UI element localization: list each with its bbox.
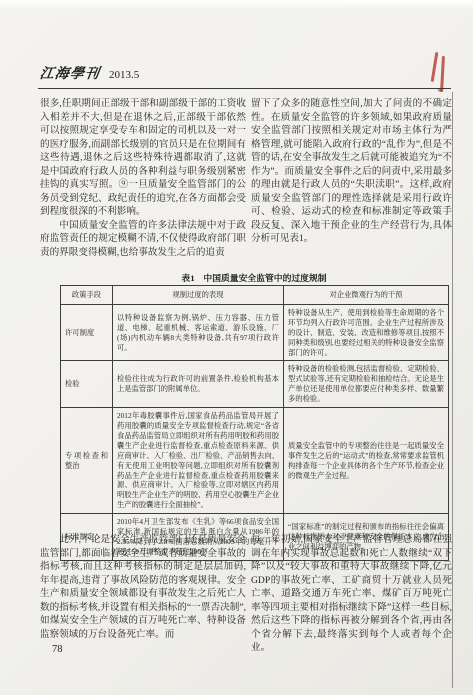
header-rule (38, 88, 451, 89)
intervention-cell: 特种设备的检验检测,包括监督检验、定期检验、型式试验等,还有定期检验和抽检结合。… (284, 361, 449, 408)
bottom-right-column: 每一年初始,国家安全生产监督管理总局都在强调在年内实现事故总起数和死亡人数继续“… (251, 533, 452, 655)
column-header: 规制过度的表现 (113, 286, 284, 305)
policy-cell: 检验 (61, 361, 113, 408)
scan-shadow (0, 0, 473, 10)
paragraph: 中国质量安全监管的许多法律法规中对于政府监管责任的规定模糊不清,不仅使得政府部门… (40, 219, 246, 260)
scanned-paper-page: 江海學刊 2013.5 很多,任职期间正部级干部和副部级干部的工资收入相差并不大… (0, 0, 473, 695)
manifestation-cell: 以特种设备监察为例,锅炉、压力容器、压力管道、电梯、起重机械、客运索道、游乐设施… (113, 304, 284, 361)
paragraph: 每一年初始,国家安全生产监督管理总局都在强调在年内实现事故总起数和死亡人数继续“… (251, 533, 452, 655)
journal-masthead: 江海學刊 2013.5 (40, 63, 139, 83)
table-row: 许可制度 以特种设备监察为例,锅炉、压力容器、压力管道、电梯、起重机械、客运索道… (61, 304, 449, 361)
top-right-column: 留下了众多的随意性空间,加大了问责的不确定性。在质量安全监管的许多领域,如果政府… (251, 97, 452, 246)
red-pen-mark (431, 52, 439, 82)
red-pen-mark (440, 56, 445, 92)
column-header: 政策手段 (61, 286, 113, 305)
manifestation-cell: 检验往往成为行政许可的前置条件,检验机构基本上是监管部门的附属单位。 (113, 361, 284, 408)
policy-cell: 专项检查和整治 (61, 408, 113, 514)
policy-cell: 许可制度 (61, 304, 113, 361)
paragraph: 很多,任职期间正部级干部和副部级干部的工资收入相差并不大,但是在退休之后,正部级… (40, 97, 246, 219)
intervention-cell: 质量安全监管中的专项整治往往是一起质量安全事件发生之后的“运动式”的检查,常常要… (284, 408, 449, 514)
table-row: 检验 检验往往成为行政许可的前置条件,检验机构基本上是监管部门的附属单位。 特种… (61, 361, 449, 408)
paragraph: 留下了众多的随意性空间,加大了问责的不确定性。在质量安全监管的许多领域,如果政府… (251, 97, 452, 246)
paragraph: 此外,不论是安全生产监管部门还是质量安全监管部门,都面临着安全生产或者质量安全事… (40, 533, 246, 641)
top-left-column: 很多,任职期间正部级干部和副部级干部的工资收入相差并不大,但是在退休之后,正部级… (40, 97, 246, 260)
table-title: 表1 中国质量安全监管中的过度规制 (60, 271, 448, 284)
scan-edge-line (452, 92, 453, 688)
journal-issue: 2013.5 (109, 69, 139, 81)
bottom-left-column: 此外,不论是安全生产监管部门还是质量安全监管部门,都面临着安全生产或者质量安全事… (40, 533, 246, 641)
column-header: 对企业微观行为的干预 (284, 286, 449, 305)
manifestation-cell: 2012年毒胶囊事件后,国家食品药品监管局开展了药用胶囊的质量安全专项监督检查行… (113, 408, 284, 514)
intervention-cell: 特种设备从生产、使用到检验等生命周期的各个环节均列入行政许可范围。企业生产过程所… (284, 304, 449, 361)
page-number: 78 (52, 644, 63, 655)
table-row: 专项检查和整治 2012年毒胶囊事件后,国家食品药品监管局开展了药用胶囊的质量安… (61, 408, 449, 514)
regulation-table: 政策手段 规制过度的表现 对企业微观行为的干预 许可制度 以特种设备监察为例,锅… (60, 285, 449, 561)
table-header-row: 政策手段 规制过度的表现 对企业微观行为的干预 (61, 286, 449, 305)
journal-name: 江海學刊 (39, 63, 102, 83)
